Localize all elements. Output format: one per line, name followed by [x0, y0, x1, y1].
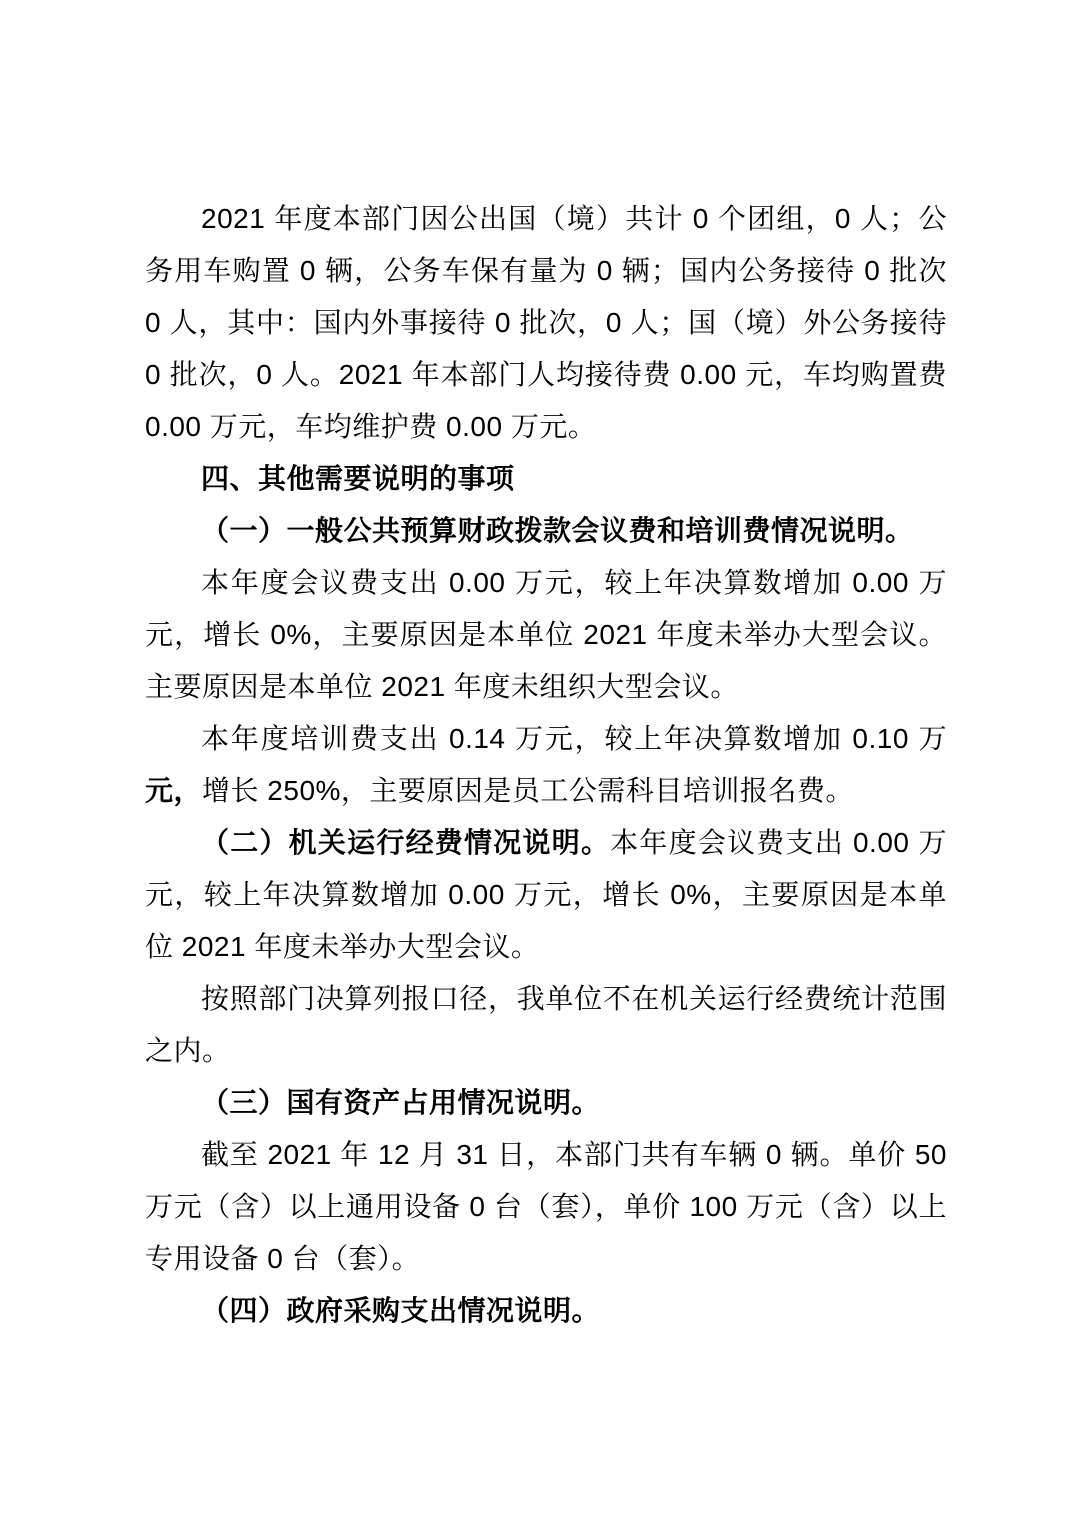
subheading-three: （三）国有资产占用情况说明。: [145, 1077, 947, 1129]
text-run: 本年度培训费支出 0.14 万元，较上年决算数增加 0.10 万: [201, 723, 947, 754]
text-run: 四、其他需要说明的事项: [201, 463, 515, 494]
section-heading-four: 四、其他需要说明的事项: [145, 453, 947, 505]
paragraph-training-fee: 本年度培训费支出 0.14 万元，较上年决算数增加 0.10 万元，增长 250…: [145, 713, 947, 817]
text-run: 按照部门决算列报口径，我单位不在机关运行经费统计范围之内。: [145, 983, 947, 1066]
paragraph-operating-expense: （二）机关运行经费情况说明。本年度会议费支出 0.00 万元，较上年决算数增加 …: [145, 817, 947, 973]
text-run: 增长 250%，主要原因是员工公需科目培训报名费。: [202, 775, 854, 806]
text-run-bold: 元，: [145, 775, 202, 806]
paragraph-meeting-fee: 本年度会议费支出 0.00 万元，较上年决算数增加 0.00 万元，增长 0%，…: [145, 557, 947, 713]
subheading-four: （四）政府采购支出情况说明。: [145, 1285, 947, 1337]
paragraph-operating-expense-scope: 按照部门决算列报口径，我单位不在机关运行经费统计范围之内。: [145, 973, 947, 1077]
text-run: 2021 年度本部门因公出国（境）共计 0 个团组，0 人；公务用车购置 0 辆…: [145, 203, 947, 442]
subheading-one: （一）一般公共预算财政拨款会议费和培训费情况说明。: [145, 505, 947, 557]
text-run: （一）一般公共预算财政拨款会议费和培训费情况说明。: [201, 515, 914, 546]
paragraph-travel-vehicle-reception: 2021 年度本部门因公出国（境）共计 0 个团组，0 人；公务用车购置 0 辆…: [145, 193, 947, 453]
text-run: （四）政府采购支出情况说明。: [201, 1295, 600, 1326]
subheading-two-inline: （二）机关运行经费情况说明。: [201, 827, 610, 858]
text-run: 截至 2021 年 12 月 31 日，本部门共有车辆 0 辆。单价 50 万元…: [145, 1139, 947, 1274]
document-page: 2021 年度本部门因公出国（境）共计 0 个团组，0 人；公务用车购置 0 辆…: [0, 0, 1075, 1521]
text-run: （三）国有资产占用情况说明。: [201, 1087, 600, 1118]
paragraph-state-assets: 截至 2021 年 12 月 31 日，本部门共有车辆 0 辆。单价 50 万元…: [145, 1129, 947, 1285]
text-run: 本年度会议费支出 0.00 万元，较上年决算数增加 0.00 万元，增长 0%，…: [145, 567, 947, 702]
